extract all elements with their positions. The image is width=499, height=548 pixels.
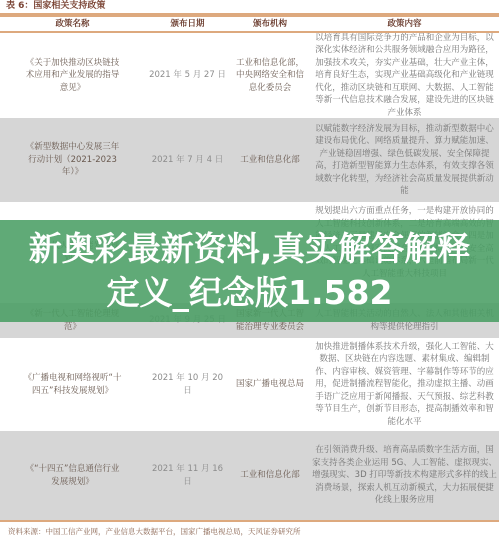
cell-name: 《广播电视和网络视听“十四五”科技发展规划》 <box>0 338 145 431</box>
cell-content: 加快推进制播体系技术升级，强化人工智能、大数据、区块链在内容选题、素材集成、编辑… <box>310 338 499 431</box>
report-table-page: 表 6：国家相关支持政策 政策名称 颁布日期 颁布机构 政策内容 《关于加快推动… <box>0 0 499 548</box>
source-note: 资料来源：中国工信产业网，产业信息大数据平台，国家广播电视总局，天风证券研究所 <box>8 527 499 536</box>
cell-content: 在引领消费升级、培育高品质数字生活方面，国家支持各类企业运用 5G、人工智能、虚… <box>310 431 499 520</box>
cell-date: 2021 年 10 月 20 日 <box>145 338 230 431</box>
bottom-rule <box>0 520 499 522</box>
cell-content: 以培育具有国际竞争力的产品和企业为目标，以深化实体经济和公共服务领域融合应用为路… <box>310 33 499 118</box>
cell-date: 2021 年 7 月 4 日 <box>145 118 230 202</box>
column-header-issuing-agency: 颁布机构 <box>230 18 310 31</box>
promo-banner-overlay[interactable]: 新奥彩最新资料,真实解答解释 定义_纪念版1.582 <box>0 220 499 322</box>
cell-content: 以赋能数字经济发展为目标，推动新型数据中心建设布局优化、网络质量提升、算力赋能加… <box>310 118 499 202</box>
cell-date: 2021 年 11 月 16 日 <box>145 431 230 520</box>
column-header-policy-name: 政策名称 <box>0 18 145 31</box>
cell-name: 《关于加快推动区块链技术应用和产业发展的指导意见》 <box>0 33 145 118</box>
cell-agency: 国家广播电视总局 <box>230 338 310 431</box>
promo-banner-line2: 定义_纪念版1.582 <box>107 274 393 312</box>
cell-name: 《新型数据中心发展三年行动计划（2021-2023 年）》 <box>0 118 145 202</box>
cell-agency: 工业和信息化部 <box>230 118 310 202</box>
column-header-issue-date: 颁布日期 <box>145 18 230 31</box>
column-header-policy-content: 政策内容 <box>310 18 499 31</box>
table-row: 《广播电视和网络视听“十四五”科技发展规划》2021 年 10 月 20 日国家… <box>0 338 499 431</box>
table-header-row: 政策名称 颁布日期 颁布机构 政策内容 <box>0 17 499 31</box>
cell-date: 2021 年 5 月 27 日 <box>145 33 230 118</box>
cell-agency: 工业和信息化部 <box>230 431 310 520</box>
table-row: 《“十四五”信息通信行业发展规划》2021 年 11 月 16 日工业和信息化部… <box>0 431 499 520</box>
promo-banner-line1: 新奥彩最新资料,真实解答解释 <box>29 230 471 268</box>
table-row: 《新型数据中心发展三年行动计划（2021-2023 年）》2021 年 7 月 … <box>0 118 499 202</box>
table-row: 《关于加快推动区块链技术应用和产业发展的指导意见》2021 年 5 月 27 日… <box>0 33 499 118</box>
cell-name: 《“十四五”信息通信行业发展规划》 <box>0 431 145 520</box>
cell-agency: 工业和信息化部，中央网络安全和信息化委员会 <box>230 33 310 118</box>
table-title: 表 6：国家相关支持政策 <box>6 1 499 11</box>
